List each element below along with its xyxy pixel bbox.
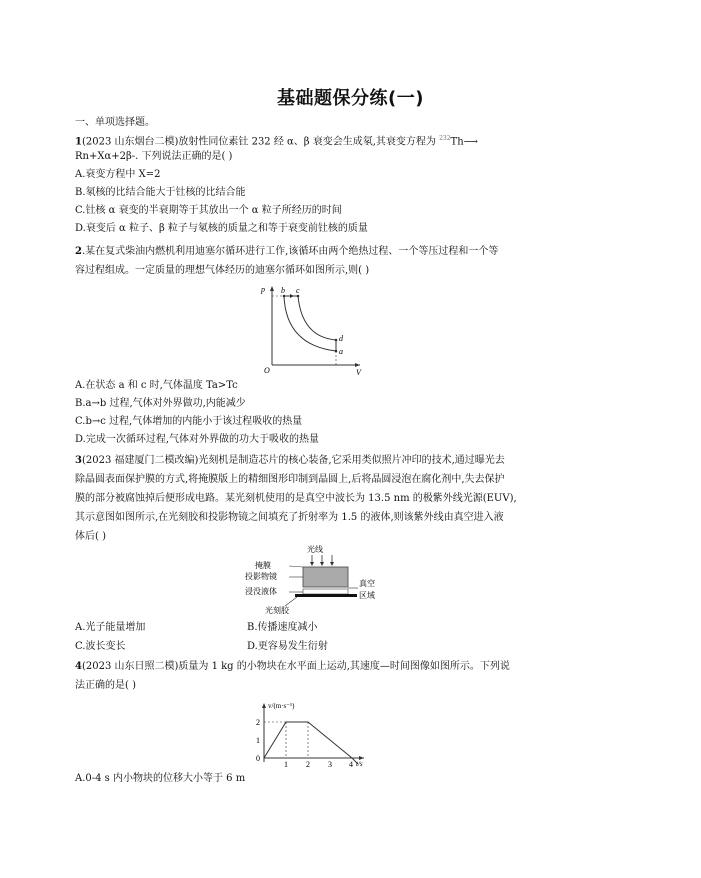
vacuum-label-1: 真空: [359, 578, 375, 588]
x-tick-3: 3: [328, 760, 332, 768]
x-tick-2: 2: [306, 760, 310, 768]
question-text: (2023 山东日照二模)质量为 1 kg 的小物块在水平面上运动,其速度—时间…: [82, 661, 510, 672]
question-3-option-a: A.光子能量增加: [75, 622, 145, 633]
nuclide-symbol: Th: [451, 136, 464, 147]
question-number: 2: [75, 246, 82, 257]
point-d-label: d: [339, 334, 344, 343]
question-4-option-a: A.0-4 s 内小物块的位移大小等于 6 m: [75, 772, 245, 786]
question-3-line-1: 3(2023 福建厦门二模改编)光刻机是制造芯片的核心装备,它采用类似照片冲印的…: [75, 454, 505, 468]
axis-label-p: p: [260, 285, 265, 294]
question-1-option-b: B.氡核的比结合能大于钍核的比结合能: [75, 186, 246, 200]
point-a-label: a: [339, 347, 343, 356]
question-1-line-1: 1(2023 山东烟台二模)放射性同位素钍 232 经 α、β 衰变会生成氡,其…: [75, 132, 478, 149]
document-page: 基础题保分练(一) 一、单项选择题。 1(2023 山东烟台二模)放射性同位素钍…: [0, 0, 701, 878]
x-axis-label: t/s: [356, 760, 363, 768]
question-2-option-b: B.a→b 过程,气体对外界做功,内能减少: [75, 397, 246, 411]
question-2-line-2: 容过程组成。一定质量的理想气体经历的迪塞尔循环如图所示,则( ): [75, 264, 369, 278]
question-3-option-d: D.更容易发生衍射: [247, 640, 328, 654]
question-number: 4: [75, 661, 82, 672]
question-1-line-2: Rn+Xα+2β-. 下列说法正确的是( ): [75, 150, 232, 164]
y-tick-2: 2: [256, 718, 260, 727]
question-3-line-5: 体后( ): [75, 530, 106, 544]
question-1-option-a: A.衰变方程中 X=2: [75, 168, 160, 182]
section-heading: 一、单项选择题。: [75, 116, 155, 130]
point-b-label: b: [281, 286, 285, 295]
page-title: 基础题保分练(一): [0, 84, 701, 110]
question-3-line-4: 其示意图如图所示,在光刻胶和投影物镜之间填充了折射率为 1.5 的液体,则该紫外…: [75, 511, 504, 525]
question-3-options-row-1: A.光子能量增加 B.传播速度减小: [75, 621, 145, 635]
pv-diagram-figure: p V O b c d a: [256, 283, 366, 375]
question-2-option-d: D.完成一次循环过程,气体对外界做的功大于吸收的热量: [75, 433, 319, 447]
question-1-option-d: D.衰变后 α 粒子、β 粒子与氡核的质量之和等于衰变前钍核的质量: [75, 222, 368, 236]
velocity-time-graph-figure: v/(m·s⁻¹) t/s 0 1 2 1 2 3 4: [252, 700, 370, 768]
resist-label: 光刻胶: [265, 605, 290, 615]
question-2-line-1: 2.某在复式柴油内燃机利用迪塞尔循环进行工作,该循环由两个绝热过程、一个等压过程…: [75, 245, 498, 259]
y-tick-1: 1: [256, 736, 260, 745]
question-text: (2023 山东烟台二模)放射性同位素钍 232 经 α、β 衰变会生成氡,其衰…: [82, 136, 439, 147]
question-2-option-c: C.b→c 过程,气体增加的内能小于该过程吸收的热量: [75, 415, 302, 429]
nuclide-mass: 232: [439, 135, 450, 142]
liquid-label: 浸没液体: [245, 586, 277, 596]
y-axis-label: v/(m·s⁻¹): [268, 702, 295, 710]
light-label: 光线: [307, 544, 323, 554]
question-3-option-c: C.波长变长: [75, 641, 125, 652]
question-text: .某在复式柴油内燃机利用迪塞尔循环进行工作,该循环由两个绝热过程、一个等压过程和…: [82, 246, 498, 257]
reaction-arrow: ⟶: [464, 136, 478, 147]
lithography-diagram-figure: 光线 掩膜 投影物镜 浸没液体 光刻胶 真空 区域: [245, 542, 390, 620]
question-3-line-3: 膜的部分被腐蚀掉后便形成电路。某光刻机使用的是真空中波长为 13.5 nm 的极…: [75, 492, 517, 506]
question-number: 3: [75, 455, 82, 466]
point-c-label: c: [296, 286, 300, 295]
question-4-line-1: 4(2023 山东日照二模)质量为 1 kg 的小物块在水平面上运动,其速度—时…: [75, 660, 510, 674]
question-2-option-a: A.在状态 a 和 c 时,气体温度 Ta>Tc: [75, 379, 238, 393]
question-text: (2023 福建厦门二模改编)光刻机是制造芯片的核心装备,它采用类似照片冲印的技…: [82, 455, 505, 466]
lens-label: 投影物镜: [245, 571, 277, 581]
vacuum-label-2: 区域: [359, 590, 375, 600]
x-tick-1: 1: [284, 760, 288, 768]
question-3-line-2: 除晶圆表面保护膜的方式,将掩膜版上的精细图形印制到晶圆上,后将晶圆浸泡在腐化剂中…: [75, 473, 505, 487]
question-3-option-b: B.传播速度减小: [247, 621, 318, 635]
mask-label: 掩膜: [255, 560, 271, 570]
x-tick-4: 4: [349, 760, 353, 768]
axis-label-v: V: [356, 368, 362, 375]
origin-label: O: [264, 366, 270, 375]
question-number: 1: [75, 136, 82, 147]
question-4-line-2: 法正确的是( ): [75, 679, 136, 693]
y-tick-0: 0: [256, 754, 260, 763]
question-1-option-c: C.钍核 α 衰变的半衰期等于其放出一个 α 粒子所经历的时间: [75, 204, 342, 218]
question-3-options-row-2: C.波长变长 D.更容易发生衍射: [75, 640, 125, 654]
